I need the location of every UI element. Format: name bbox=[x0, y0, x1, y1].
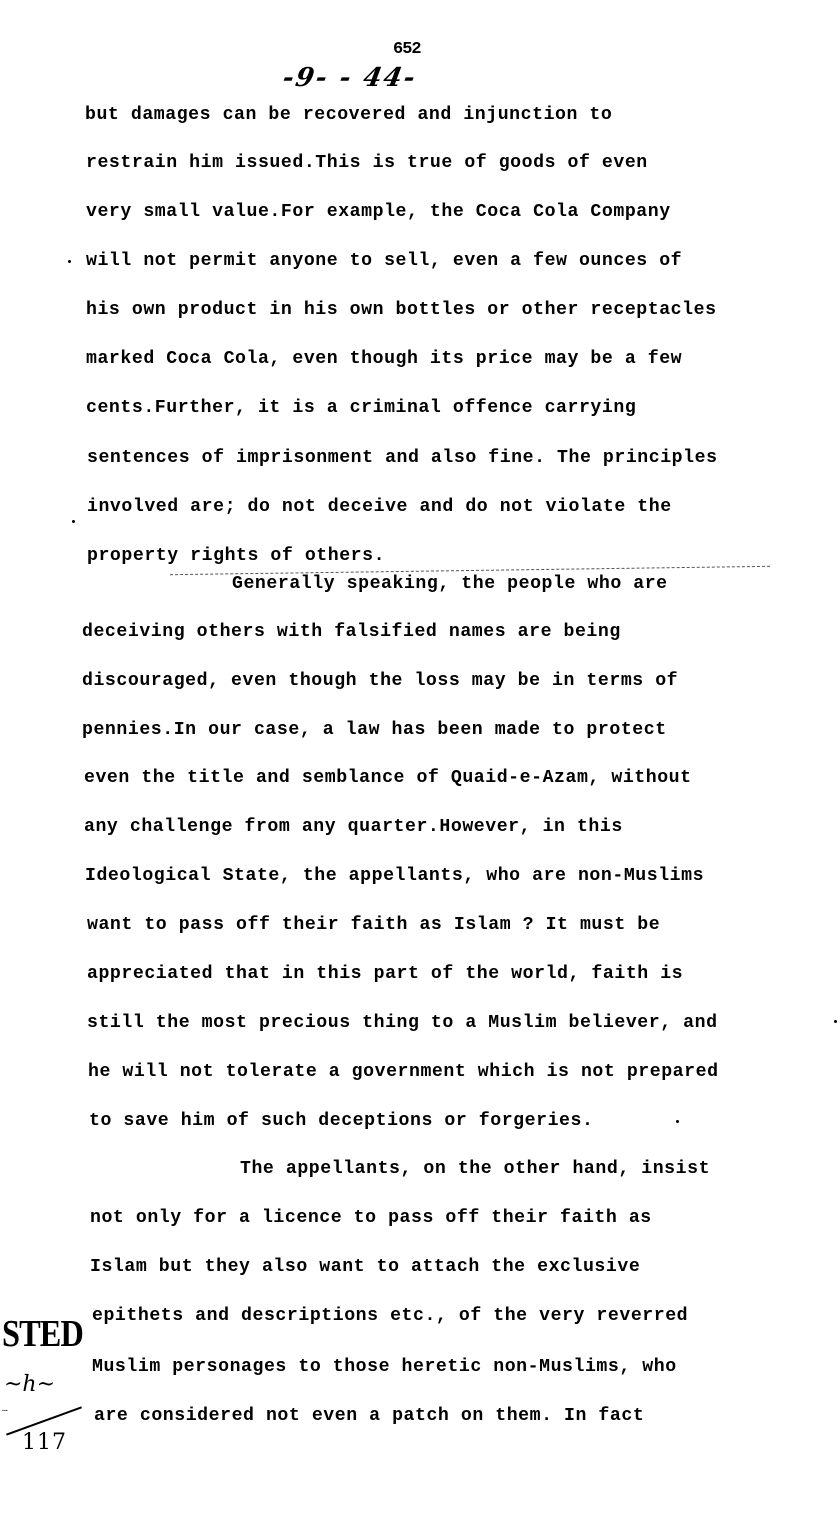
body-text-line: deceiving others with falsified names ar… bbox=[82, 621, 621, 643]
signature: ~h~ bbox=[4, 1372, 55, 1397]
stamp-small-text: ... bbox=[2, 1405, 8, 1414]
body-text-line: discouraged, even though the loss may be… bbox=[82, 670, 678, 692]
body-text-line: cents.Further, it is a criminal offence … bbox=[86, 397, 636, 419]
body-text-line: want to pass off their faith as Islam ? … bbox=[87, 914, 660, 936]
body-text-line: very small value.For example, the Coca C… bbox=[86, 201, 671, 223]
scan-speck bbox=[676, 1120, 679, 1123]
body-text-line: are considered not even a patch on them.… bbox=[94, 1405, 644, 1427]
body-text-line: marked Coca Cola, even though its price … bbox=[86, 348, 682, 370]
body-text-line: Muslim personages to those heretic non-M… bbox=[92, 1356, 677, 1378]
body-text-line: not only for a licence to pass off their… bbox=[90, 1207, 652, 1229]
paragraph-first-line: Generally speaking, the people who are bbox=[232, 573, 668, 595]
body-text-line: property rights of others. bbox=[87, 545, 385, 567]
body-text-line: will not permit anyone to sell, even a f… bbox=[86, 250, 682, 272]
handwritten-page-number: -9- - 44- bbox=[280, 63, 419, 93]
scan-speck bbox=[834, 1020, 837, 1023]
body-text-line: still the most precious thing to a Musli… bbox=[87, 1012, 718, 1034]
body-text-line: sentences of imprisonment and also fine.… bbox=[87, 447, 718, 469]
body-text-line: any challenge from any quarter.However, … bbox=[84, 816, 623, 838]
scan-speck bbox=[72, 520, 75, 523]
body-text-line: appreciated that in this part of the wor… bbox=[87, 963, 683, 985]
body-text-line: but damages can be recovered and injunct… bbox=[85, 104, 612, 126]
body-text-line: to save him of such deceptions or forger… bbox=[89, 1110, 593, 1132]
stamp-text: STED bbox=[2, 1312, 83, 1356]
scan-speck bbox=[68, 260, 71, 263]
paragraph-first-line: The appellants, on the other hand, insis… bbox=[240, 1158, 710, 1180]
body-text-line: restrain him issued.This is true of good… bbox=[86, 152, 648, 174]
body-text-line: pennies.In our case, a law has been made… bbox=[82, 719, 667, 741]
page-number: 652 bbox=[393, 40, 421, 59]
body-text-line: he will not tolerate a government which … bbox=[88, 1061, 719, 1083]
body-text-line: involved are; do not deceive and do not … bbox=[87, 496, 672, 518]
body-text-line: his own product in his own bottles or ot… bbox=[86, 299, 717, 321]
body-text-line: epithets and descriptions etc., of the v… bbox=[92, 1305, 688, 1327]
body-text-line: Islam but they also want to attach the e… bbox=[90, 1256, 640, 1278]
stamp-count: 117 bbox=[22, 1430, 67, 1455]
body-text-line: Ideological State, the appellants, who a… bbox=[85, 865, 704, 887]
body-text-line: even the title and semblance of Quaid-e-… bbox=[84, 767, 692, 789]
